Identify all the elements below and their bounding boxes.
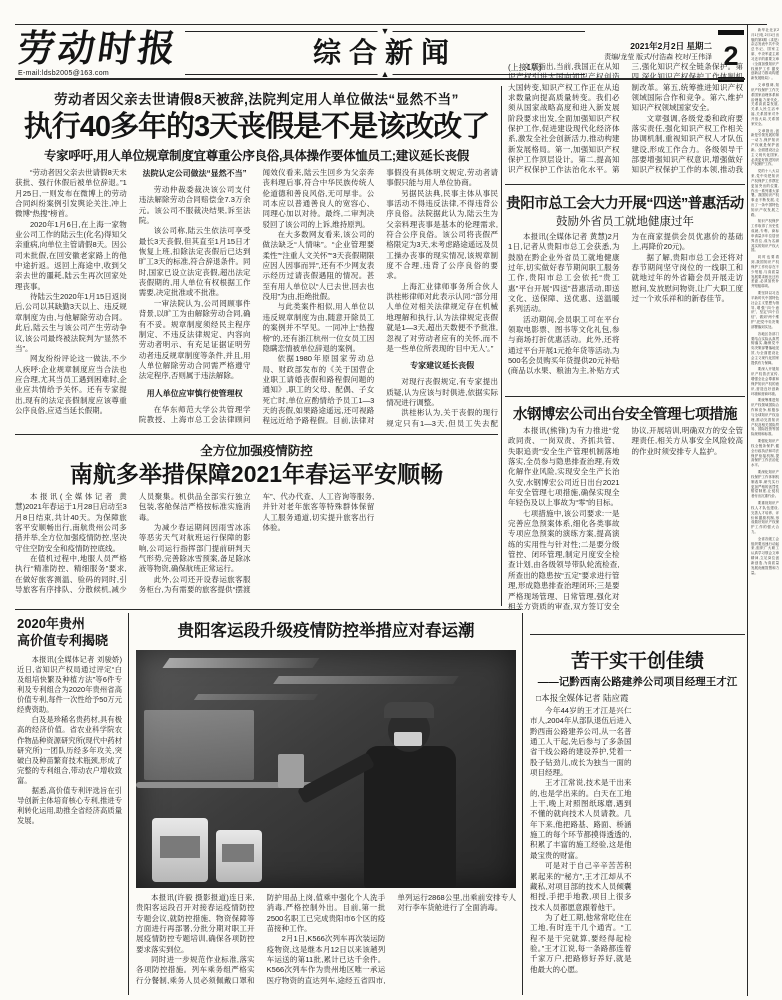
nanhang-headline: 南航多举措保障2021年春运平安顺畅 <box>15 456 498 489</box>
edge-column-rule <box>747 24 748 996</box>
patent-headline-line1: 2020年贵州 <box>17 616 125 633</box>
nanhang-columns: 本报讯(全媒体记者 黄慧)2021年春运于1月28日启动至3月8日结束,共计40… <box>15 492 498 604</box>
patent-body: 本报讯(全媒体记者 刘骏娇)近日,省知识产权局通过评定“白及组培快繁及种植方法”… <box>17 655 122 993</box>
patent-railway-rule <box>128 613 129 995</box>
union-headline: 贵阳市总工会大力开展“四送”普惠活动 <box>505 192 745 213</box>
bottom-band-divider <box>15 609 521 610</box>
main-right-rule <box>501 86 502 606</box>
photo-train-window <box>144 710 254 780</box>
photo-worker-cap <box>384 702 434 718</box>
masthead-logo-block: 劳动时报 E-mail:ldsb2005@163.com <box>18 30 178 77</box>
model-subhead: ——记黔西南公路建养公司项目经理王才江 <box>530 674 745 689</box>
railway-model-rule <box>522 613 523 995</box>
main-article-columns: “劳动者因父亲去世请假8天未获批、强行休假后被单位辞退。”1月25日,一则发布在… <box>15 168 498 430</box>
patent-headline: 2020年贵州 高价值专利揭晓 <box>17 616 125 650</box>
union-subhead: 鼓励外省员工就地健康过年 <box>505 213 745 229</box>
railway-columns: 本报讯(许毅 摄影报道)连日来,贵阳客运段召开对接春运疫情防控专题会议,就防控措… <box>136 893 516 995</box>
railway-headline: 贵阳客运段升级疫情防控举措应对春运潮 <box>136 617 516 641</box>
photo-worker-mask <box>394 732 422 746</box>
date-line: 2021年2月2日 星期二 <box>590 40 712 53</box>
main-article-body: “劳动者因父亲去世请假8天未获批、强行休假后被单位辞退。”1月25日,一则发布在… <box>15 168 498 430</box>
union-columns: 本报讯(全媒体记者 黄慧)2月1日,记者从贵阳市总工会获悉,为鼓励在黔企业外省员… <box>508 232 743 390</box>
patent-headline-line2: 高价值专利揭晓 <box>17 633 125 650</box>
newspaper-email: E-mail:ldsb2005@163.com <box>18 70 178 77</box>
union-shuigang-divider <box>505 396 745 397</box>
model-headline: 苦干实干创佳绩 <box>530 646 745 673</box>
photo-canister-label <box>160 836 200 858</box>
photo-worker-figure <box>364 746 456 888</box>
shuigang-body: 本报讯(熊锋)为有力推进“党政同责、一岗双责、齐抓共管、失职追责”安全生产管理机… <box>508 426 743 622</box>
model-columns: 今年44岁的王才江是兴仁市人,2004年从部队退伍后进入黔西南公路建养公司,从一… <box>530 706 745 994</box>
model-byline: □本报全媒体记者 陆应霞 <box>536 692 656 704</box>
newspaper-page: 劳动时报 E-mail:ldsb2005@163.com ▼ 综合新闻 ▲ 20… <box>0 0 782 1000</box>
main-article-headline: 执行40多年的3天丧假是不是该改改了 <box>15 104 498 145</box>
railway-news-photo <box>136 650 516 888</box>
shuigang-columns: 本报讯(熊锋)为有力推进“党政同责、一岗双责、齐抓共管、失职追责”安全生产管理机… <box>508 426 743 622</box>
main-article-subhead: 专家呼吁,用人单位规章制度宜尊重公序良俗,具体操作要体恤员工;建议延长丧假 <box>15 146 498 164</box>
main-nanhang-divider <box>15 434 498 435</box>
photo-ceiling-light <box>162 658 319 668</box>
shuigang-headline: 水钢博宏公司出台安全管理七项措施 <box>505 403 745 424</box>
model-top-rule <box>530 634 745 635</box>
photo-canister-label <box>222 844 254 862</box>
photo-ceiling-light <box>194 694 318 700</box>
model-body: 今年44岁的王才江是兴仁市人,2004年从部队退伍后进入黔西南公路建养公司,从一… <box>530 706 745 994</box>
continuation-columns: 文章指出,当前,我国正在从知识产权引进大国向知识产权创造大国转变,知识产权工作正… <box>508 62 743 180</box>
masthead-top-rule <box>15 24 767 25</box>
masthead-info-block: 2021年2月2日 星期二 责编/龙莹 版式/付浩森 校对/王伟泽 <box>590 40 712 63</box>
union-body: 本报讯(全媒体记者 黄慧)2月1日,记者从贵阳市总工会获悉,为鼓励在黔企业外省员… <box>508 232 743 390</box>
newspaper-logo: 劳动时报 <box>15 30 180 67</box>
triangle-down-icon: ▼ <box>378 27 393 36</box>
photo-ceiling-light <box>273 676 459 684</box>
nanhang-body: 本报讯(全媒体记者 黄慧)2021年春运于1月28日启动至3月8日结束,共计40… <box>15 492 498 604</box>
edge-column: 新华社北京2月1日电 2月1日出版的第3期《求是》杂志发表中共中央总书记、国家主… <box>751 28 779 994</box>
continuation-body: 文章指出,当前,我国正在从知识产权引进大国向知识产权创造大国转变,知识产权工作正… <box>508 62 743 180</box>
continuation-union-divider <box>505 184 745 185</box>
railway-body: 本报讯(许毅 摄影报道)连日来,贵阳客运段召开对接春运疫情防控专题会议,就防控措… <box>136 893 516 995</box>
photo-sprayer <box>278 754 304 788</box>
